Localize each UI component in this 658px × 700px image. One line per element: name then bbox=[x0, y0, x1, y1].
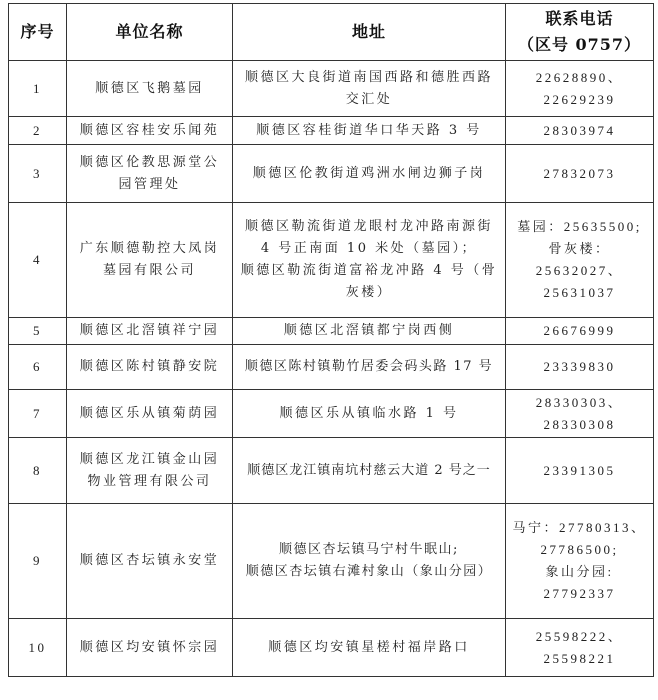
table-row: 3 顺德区伦教思源堂公园管理处 顺德区伦教街道鸡洲水闸边狮子岗 27832073 bbox=[9, 145, 654, 203]
phone-line: 25598221 bbox=[510, 648, 649, 670]
name-line: 顺德区乐从镇菊荫园 bbox=[71, 403, 228, 425]
header-phone: 联系电话 （区号 0757） bbox=[506, 4, 654, 61]
table-row: 1 顺德区飞鹅墓园 顺德区大良街道南国西路和德胜西路交汇处 22628890、2… bbox=[9, 61, 654, 117]
address-line: 4 号正南面 10 米处（墓园）； bbox=[237, 238, 501, 260]
row-address: 顺德区乐从镇临水路 1 号 bbox=[233, 390, 506, 438]
address-line: 顺德区勒流街道富裕龙冲路 4 号（骨 bbox=[237, 260, 501, 282]
address-line: 顺德区勒流街道龙眼村龙冲路南源街 bbox=[237, 216, 501, 238]
table-row: 8 顺德区龙江镇金山园物业管理有限公司 顺德区龙江镇南坑村慈云大道 2 号之一 … bbox=[9, 438, 654, 504]
row-name: 广东顺德勒控大凤岗墓园有限公司 bbox=[67, 203, 233, 318]
header-phone-label: 联系电话 bbox=[510, 6, 649, 32]
address-line: 顺德区伦教街道鸡洲水闸边狮子岗 bbox=[237, 163, 501, 185]
row-index: 10 bbox=[9, 619, 67, 677]
phone-line: 27792337 bbox=[510, 583, 649, 605]
phone-line: 28330303、 bbox=[510, 392, 649, 414]
row-index: 2 bbox=[9, 117, 67, 145]
row-phone: 23391305 bbox=[506, 438, 654, 504]
table-row: 5 顺德区北滘镇祥宁园 顺德区北滘镇都宁岗西侧 26676999 bbox=[9, 318, 654, 345]
header-phone-area-code: （区号 0757） bbox=[510, 32, 649, 58]
name-line: 园管理处 bbox=[71, 174, 228, 196]
phone-line: 墓园：25635500; bbox=[510, 216, 649, 238]
header-index: 序号 bbox=[9, 4, 67, 61]
phone-line: 28303974 bbox=[510, 120, 649, 142]
row-address: 顺德区勒流街道龙眼村龙冲路南源街4 号正南面 10 米处（墓园）；顺德区勒流街道… bbox=[233, 203, 506, 318]
row-name: 顺德区杏坛镇永安堂 bbox=[67, 504, 233, 619]
name-line: 顺德区陈村镇静安院 bbox=[71, 356, 228, 378]
row-phone: 马宁：27780313、27786500;象山分园:27792337 bbox=[506, 504, 654, 619]
row-phone: 25598222、25598221 bbox=[506, 619, 654, 677]
name-line: 顺德区伦教思源堂公 bbox=[71, 152, 228, 174]
row-index: 5 bbox=[9, 318, 67, 345]
phone-line: 25598222、 bbox=[510, 626, 649, 648]
phone-line: 22628890、 bbox=[510, 67, 649, 89]
row-name: 顺德区容桂安乐闻苑 bbox=[67, 117, 233, 145]
row-index: 6 bbox=[9, 345, 67, 390]
row-phone: 28303974 bbox=[506, 117, 654, 145]
row-name: 顺德区北滘镇祥宁园 bbox=[67, 318, 233, 345]
phone-line: 28330308 bbox=[510, 414, 649, 436]
row-name: 顺德区飞鹅墓园 bbox=[67, 61, 233, 117]
table-row: 9 顺德区杏坛镇永安堂 顺德区杏坛镇马宁村牛眠山;顺德区杏坛镇右滩村象山（象山分… bbox=[9, 504, 654, 619]
phone-line: 马宁：27780313、 bbox=[510, 517, 649, 539]
address-line: 顺德区杏坛镇马宁村牛眠山; bbox=[237, 539, 501, 561]
name-line: 顺德区均安镇怀宗园 bbox=[71, 637, 228, 659]
row-index: 4 bbox=[9, 203, 67, 318]
phone-line: 26676999 bbox=[510, 320, 649, 342]
table-row: 7 顺德区乐从镇菊荫园 顺德区乐从镇临水路 1 号 28330303、28330… bbox=[9, 390, 654, 438]
row-address: 顺德区大良街道南国西路和德胜西路交汇处 bbox=[233, 61, 506, 117]
table-header-row: 序号 单位名称 地址 联系电话 （区号 0757） bbox=[9, 4, 654, 61]
name-line: 顺德区龙江镇金山园 bbox=[71, 449, 228, 471]
row-address: 顺德区陈村镇勒竹居委会码头路 17 号 bbox=[233, 345, 506, 390]
table-row: 10 顺德区均安镇怀宗园 顺德区均安镇星槎村福岸路口 25598222、2559… bbox=[9, 619, 654, 677]
row-address: 顺德区伦教街道鸡洲水闸边狮子岗 bbox=[233, 145, 506, 203]
phone-line: 23391305 bbox=[510, 460, 649, 482]
name-line: 墓园有限公司 bbox=[71, 260, 228, 282]
row-index: 1 bbox=[9, 61, 67, 117]
row-name: 顺德区龙江镇金山园物业管理有限公司 bbox=[67, 438, 233, 504]
row-name: 顺德区乐从镇菊荫园 bbox=[67, 390, 233, 438]
row-phone: 22628890、22629239 bbox=[506, 61, 654, 117]
row-name: 顺德区陈村镇静安院 bbox=[67, 345, 233, 390]
row-address: 顺德区北滘镇都宁岗西侧 bbox=[233, 318, 506, 345]
name-line: 顺德区北滘镇祥宁园 bbox=[71, 320, 228, 342]
address-line: 灰楼） bbox=[237, 282, 501, 304]
row-index: 9 bbox=[9, 504, 67, 619]
address-line: 顺德区容桂街道华口华天路 3 号 bbox=[237, 120, 501, 142]
address-line: 顺德区杏坛镇右滩村象山（象山分园） bbox=[237, 561, 501, 583]
row-phone: 墓园：25635500;骨灰楼：25632027、25631037 bbox=[506, 203, 654, 318]
address-line: 交汇处 bbox=[237, 89, 501, 111]
header-address: 地址 bbox=[233, 4, 506, 61]
address-line: 顺德区乐从镇临水路 1 号 bbox=[237, 403, 501, 425]
name-line: 顺德区容桂安乐闻苑 bbox=[71, 120, 228, 142]
name-line: 物业管理有限公司 bbox=[71, 471, 228, 493]
row-index: 8 bbox=[9, 438, 67, 504]
phone-line: 22629239 bbox=[510, 89, 649, 111]
table-row: 2 顺德区容桂安乐闻苑 顺德区容桂街道华口华天路 3 号 28303974 bbox=[9, 117, 654, 145]
row-name: 顺德区伦教思源堂公园管理处 bbox=[67, 145, 233, 203]
address-line: 顺德区北滘镇都宁岗西侧 bbox=[237, 320, 501, 342]
phone-line: 27832073 bbox=[510, 163, 649, 185]
row-address: 顺德区龙江镇南坑村慈云大道 2 号之一 bbox=[233, 438, 506, 504]
name-line: 广东顺德勒控大凤岗 bbox=[71, 238, 228, 260]
cemetery-contact-table: 序号 单位名称 地址 联系电话 （区号 0757） 1 顺德区飞鹅墓园 顺德区大… bbox=[8, 3, 654, 677]
phone-line: 25631037 bbox=[510, 282, 649, 304]
row-phone: 26676999 bbox=[506, 318, 654, 345]
address-line: 顺德区陈村镇勒竹居委会码头路 17 号 bbox=[237, 356, 501, 378]
row-address: 顺德区杏坛镇马宁村牛眠山;顺德区杏坛镇右滩村象山（象山分园） bbox=[233, 504, 506, 619]
row-index: 3 bbox=[9, 145, 67, 203]
address-line: 顺德区大良街道南国西路和德胜西路 bbox=[237, 67, 501, 89]
phone-line: 象山分园: bbox=[510, 561, 649, 583]
phone-line: 23339830 bbox=[510, 356, 649, 378]
header-name: 单位名称 bbox=[67, 4, 233, 61]
row-address: 顺德区容桂街道华口华天路 3 号 bbox=[233, 117, 506, 145]
row-address: 顺德区均安镇星槎村福岸路口 bbox=[233, 619, 506, 677]
name-line: 顺德区杏坛镇永安堂 bbox=[71, 550, 228, 572]
row-name: 顺德区均安镇怀宗园 bbox=[67, 619, 233, 677]
address-line: 顺德区均安镇星槎村福岸路口 bbox=[237, 637, 501, 659]
table-row: 4 广东顺德勒控大凤岗墓园有限公司 顺德区勒流街道龙眼村龙冲路南源街4 号正南面… bbox=[9, 203, 654, 318]
row-index: 7 bbox=[9, 390, 67, 438]
phone-line: 骨灰楼：25632027、 bbox=[510, 238, 649, 282]
address-line: 顺德区龙江镇南坑村慈云大道 2 号之一 bbox=[237, 460, 501, 482]
phone-line: 27786500; bbox=[510, 539, 649, 561]
row-phone: 27832073 bbox=[506, 145, 654, 203]
row-phone: 28330303、28330308 bbox=[506, 390, 654, 438]
name-line: 顺德区飞鹅墓园 bbox=[71, 78, 228, 100]
row-phone: 23339830 bbox=[506, 345, 654, 390]
table-row: 6 顺德区陈村镇静安院 顺德区陈村镇勒竹居委会码头路 17 号 23339830 bbox=[9, 345, 654, 390]
